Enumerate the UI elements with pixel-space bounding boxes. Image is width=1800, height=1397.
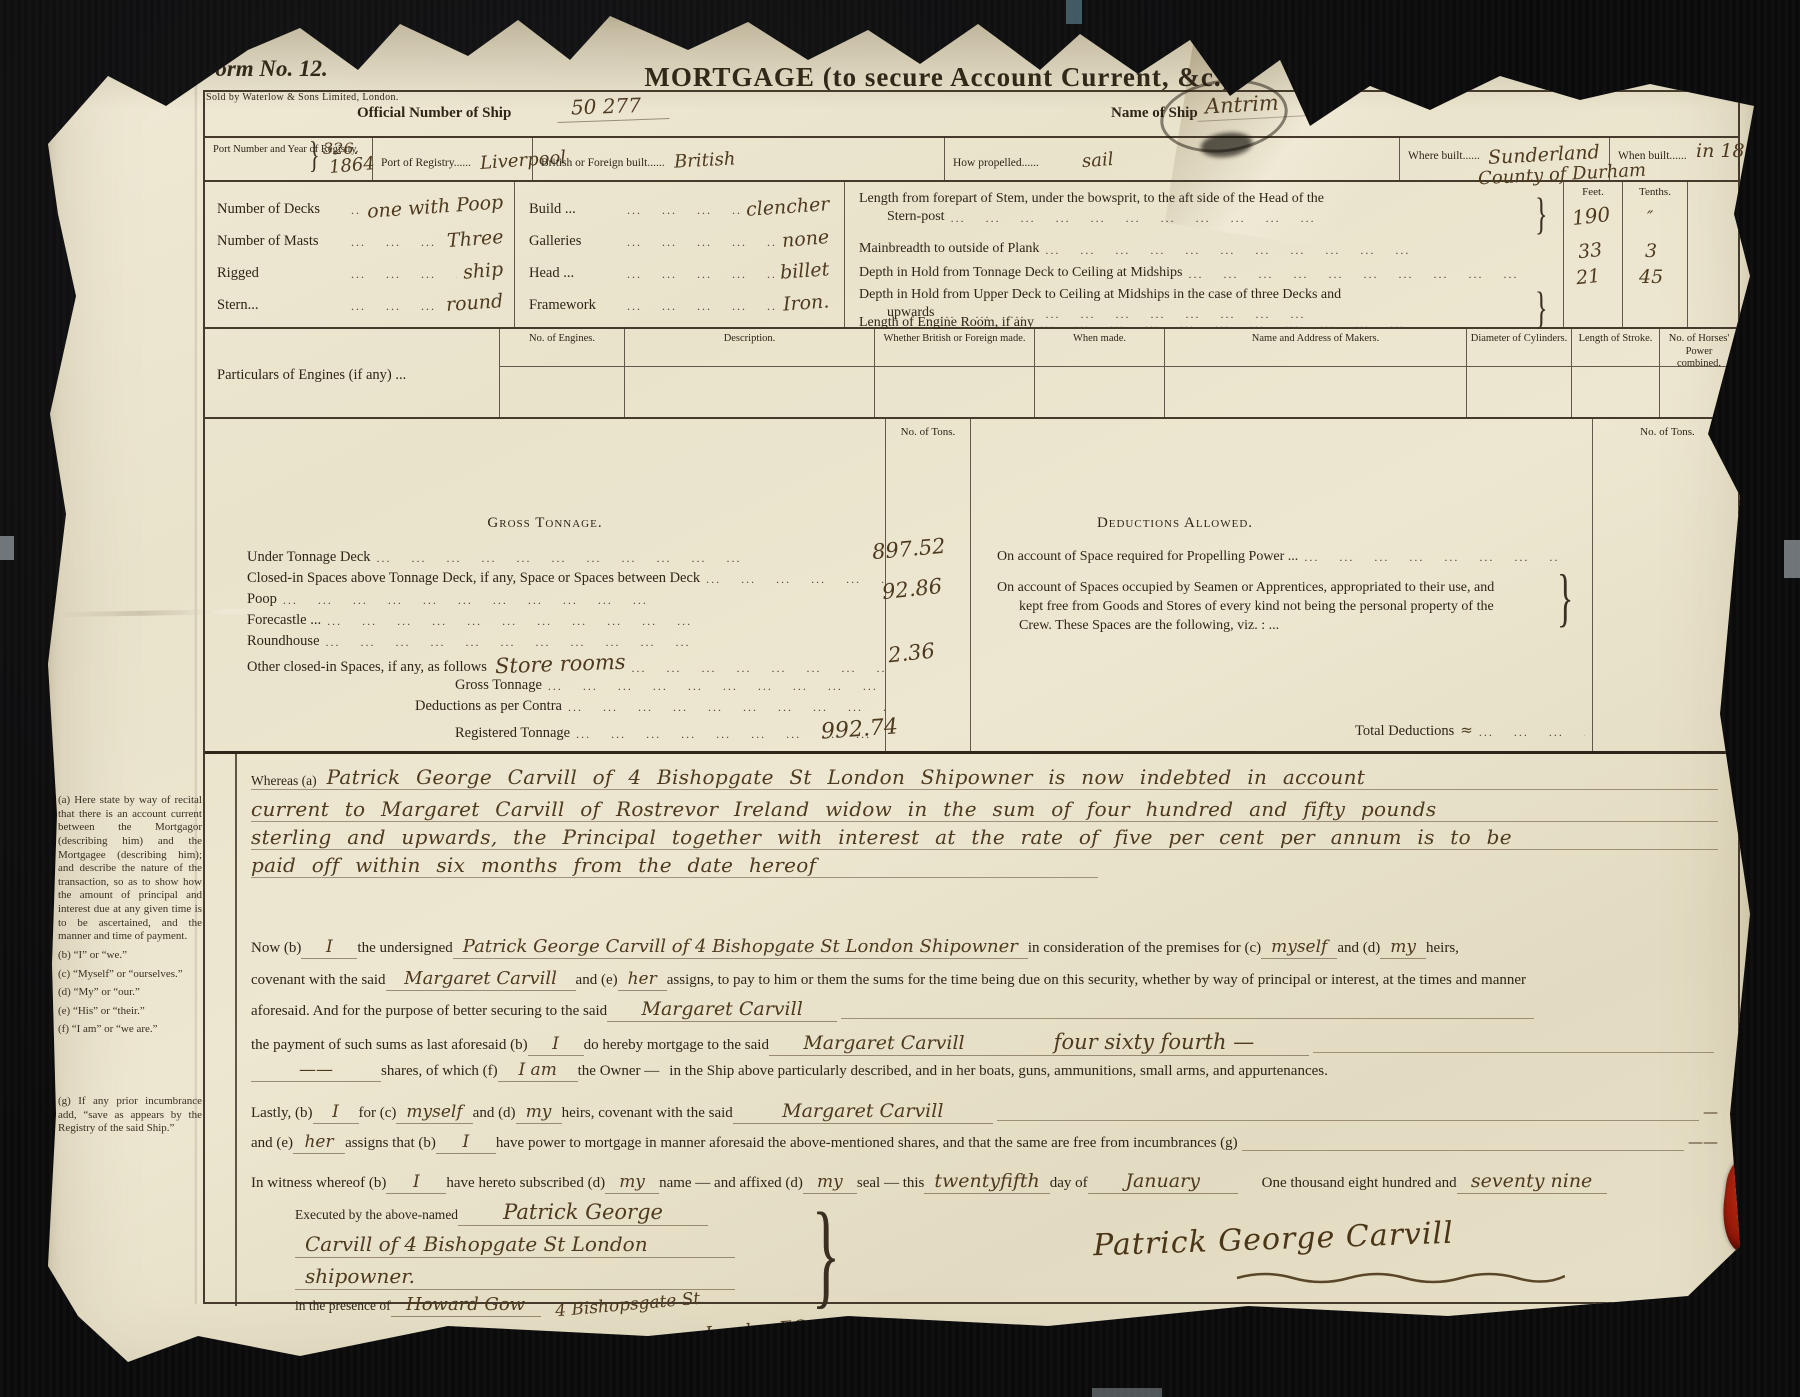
row-engines: Particulars of Engines (if any) ... No. …	[205, 329, 1738, 419]
row-official-number: Official Number of Ship 50 277 Name of S…	[205, 92, 1738, 138]
whereas-lead: Whereas (a)	[251, 773, 327, 789]
decks-label: Number of Decks	[217, 201, 345, 218]
dot-leader	[562, 700, 885, 715]
plate-number: (713 B)	[198, 40, 236, 51]
lastly-print: have power to mortgage in manner aforesa…	[496, 1135, 1238, 1152]
witness-hw-month: January	[1088, 1170, 1238, 1194]
cell-port-of-registry: Port of Registry...... Liverpool	[373, 138, 533, 180]
tonnage-row: Roundhouse	[247, 633, 885, 650]
witness-line: In witness whereof (b) I have hereto sub…	[251, 1170, 1718, 1194]
engines-row-label: Particulars of Engines (if any) ...	[205, 329, 500, 417]
executed-brace: }	[812, 1186, 841, 1321]
now-hw-my: my	[1380, 937, 1426, 959]
under-deck-label: Under Tonnage Deck	[247, 549, 371, 566]
tons-column-right: No. of Tons.	[1592, 419, 1742, 751]
witness-print: One thousand eight hundred and	[1238, 1175, 1457, 1192]
now-hw-myself: myself	[1261, 937, 1337, 959]
built-label: British or Foreign built......	[541, 157, 665, 169]
description-middle-column: Build ... clencher Galleries none Head .…	[515, 182, 845, 327]
lastly-hw-myself: myself	[396, 1102, 472, 1124]
executed-print: Executed by the above-named	[295, 1207, 458, 1223]
now-print: and (d)	[1337, 940, 1380, 957]
measurement-row-depth-tonnage: Depth in Hold from Tonnage Deck to Ceili…	[859, 264, 1535, 282]
tenths-header: Tenths.	[1623, 182, 1687, 198]
stern-label: Stern...	[217, 297, 345, 314]
document-paper: (713 B) Form No. 12. Sold by Waterlow & …	[48, 14, 1754, 1384]
executed-line-3: shipowner.	[295, 1264, 835, 1290]
poop-value: 92.86	[881, 574, 943, 604]
length-stem-label-2: Stern-post	[859, 208, 1519, 226]
executed-hw-occupation: shipowner.	[295, 1264, 735, 1290]
brace-glyph: }	[309, 133, 320, 177]
row-ship-description: Number of Decks one with Poop Number of …	[205, 182, 1738, 329]
under-deck-value: 897.52	[871, 534, 946, 564]
blank-rule	[1313, 1051, 1714, 1053]
lastly-hw-i: I	[436, 1132, 496, 1154]
margin-note-g: (g) If any prior incumbrance add, “save …	[58, 1095, 202, 1136]
engines-header: No. of Engines.	[500, 329, 624, 367]
row-covenant: Whereas (a) Patrick George Carvill of 4 …	[205, 754, 1738, 1306]
framework-label: Framework	[529, 297, 621, 314]
tonnage-row: Deductions as per Contra	[415, 698, 885, 715]
engines-col-makers: Name and Address of Makers.	[1165, 329, 1467, 417]
description-row: Galleries none	[529, 228, 829, 250]
feet-column: Feet. 190 33 21	[1563, 182, 1622, 327]
roundhouse-label: Roundhouse	[247, 633, 320, 650]
whereas-line-3: sterling and upwards, the Principal toge…	[251, 820, 1718, 850]
feet-value-1: 190	[1571, 202, 1611, 230]
brace-glyph: }	[1535, 186, 1547, 243]
build-value: clencher	[745, 193, 830, 221]
now-print: do hereby mortgage to the said	[584, 1037, 769, 1054]
engines-header: Length of Stroke.	[1572, 329, 1659, 367]
tenths-value-3: 45	[1639, 266, 1663, 288]
whereas-text-1: Patrick George Carvill of 4 Bishopgate S…	[327, 765, 1366, 789]
registered-tonnage-value: 992.74	[820, 714, 899, 744]
tonnage-row: Forecastle ...	[247, 612, 885, 629]
dot-leader	[945, 211, 1519, 227]
dot-leader	[1182, 267, 1535, 283]
now-print: the undersigned	[357, 940, 452, 957]
now-hw-name: Patrick George Carvill of 4 Bishopgate S…	[453, 936, 1028, 959]
engines-col-stroke: Length of Stroke.	[1572, 329, 1660, 417]
now-print: Now (b)	[251, 940, 301, 957]
propelled-label: How propelled......	[953, 157, 1039, 169]
now-hw-i: I	[301, 937, 357, 959]
lastly-hw-dash: —	[1703, 1103, 1718, 1121]
total-deductions-row: Total Deductions ≈	[1355, 721, 1585, 740]
margin-note-b: (b) “I” or “we.”	[58, 949, 202, 963]
now-print: assigns, to pay to him or them the sums …	[667, 972, 1526, 989]
tonnage-row: Poop	[247, 591, 885, 608]
engines-col-count: No. of Engines.	[500, 329, 625, 417]
engines-header: When made.	[1035, 329, 1164, 367]
propelled-value: sail	[1081, 149, 1114, 172]
whereas-text-3: sterling and upwards, the Principal toge…	[251, 825, 1512, 849]
gross-total-label: Gross Tonnage	[455, 677, 542, 694]
head-label: Head ...	[529, 265, 621, 282]
other-spaces-value: 2.36	[887, 639, 936, 668]
dot-leader	[1039, 243, 1535, 259]
dot-leader	[277, 593, 885, 608]
dot-leader	[371, 551, 885, 566]
lastly-hw-my: my	[516, 1102, 562, 1124]
total-deductions-label: Total Deductions	[1355, 723, 1454, 740]
port-of-registry-label: Port of Registry......	[381, 157, 471, 169]
executed-hw-name-2: Carvill of 4 Bishopgate St London	[295, 1232, 735, 1258]
now-hw-i: I	[528, 1034, 584, 1056]
now-line-3: aforesaid. And for the purpose of better…	[251, 998, 1718, 1022]
galleries-value: none	[781, 226, 830, 252]
rigged-value: ship	[462, 258, 504, 283]
dot-leader	[320, 635, 886, 650]
feet-value-2: 33	[1577, 239, 1603, 263]
depth-upper-label: Depth in Hold from Upper Deck to Ceiling…	[859, 287, 1341, 302]
where-built-label: Where built......	[1408, 150, 1480, 162]
tenths-value-2: 3	[1645, 240, 1657, 262]
engines-col-cylinders: Diameter of Cylinders.	[1467, 329, 1572, 417]
now-print: aforesaid. And for the purpose of better…	[251, 1003, 607, 1020]
cell-where-built: Where built...... Sunderland County of D…	[1400, 138, 1610, 180]
margin-note-d: (d) “My” or “our.”	[58, 986, 202, 1000]
masts-label: Number of Masts	[217, 233, 345, 250]
length-stem-label: Length from forepart of Stem, under the …	[859, 191, 1324, 206]
measurements-column: Length from forepart of Stem, under the …	[845, 182, 1738, 327]
tonnage-row: Gross Tonnage	[455, 677, 885, 694]
lastly-print: assigns that (b)	[345, 1135, 436, 1152]
deductions-title: Deductions Allowed.	[995, 515, 1355, 532]
now-line-5: —— shares, of which (f) I am the Owner —…	[251, 1060, 1718, 1082]
presence-print: in the presence of	[295, 1298, 391, 1314]
lastly-print: heirs, covenant with the said	[562, 1105, 733, 1122]
seamen-spaces-label-2: kept free from Goods and Stores of every…	[997, 599, 1494, 614]
margin-note-f: (f) “I am” or “we are.”	[58, 1023, 202, 1037]
document-title: MORTGAGE (to secure Account Current, &c.…	[468, 62, 1408, 93]
description-row: Stern... round	[217, 292, 503, 314]
forecastle-label: Forecastle ...	[247, 612, 321, 629]
brace-glyph: }	[1557, 564, 1573, 636]
edge-tick-left	[0, 536, 14, 560]
tonnage-row: Closed-in Spaces above Tonnage Deck, if …	[247, 570, 885, 587]
dot-leader	[345, 267, 457, 282]
now-print: in consideration of the premises for (c)	[1028, 940, 1261, 957]
whereas-line-2: current to Margaret Carvill of Rostrevor…	[251, 792, 1718, 822]
engines-col-description: Description.	[625, 329, 875, 417]
tenths-column: Tenths. ″ 3 45	[1622, 182, 1688, 327]
whereas-line-1: Whereas (a) Patrick George Carvill of 4 …	[251, 760, 1718, 790]
dot-leader	[621, 267, 774, 282]
row-registry: Port Number and Year of Registry. } 326.…	[205, 138, 1738, 182]
port-number-label: Port Number and Year of Registry.	[213, 143, 311, 156]
now-print: the Owner —	[578, 1063, 660, 1080]
now-line-2: covenant with the said Margaret Carvill …	[251, 968, 1718, 991]
propelling-power-label: On account of Space required for Propell…	[997, 549, 1298, 565]
cell-built: British or Foreign built...... British	[533, 138, 945, 180]
seamen-spaces-label-1: On account of Spaces occupied by Seamen …	[997, 580, 1494, 595]
engines-header: Diameter of Cylinders.	[1467, 329, 1571, 367]
stern-post-label: Stern-post	[887, 208, 945, 226]
lastly-hw-her: her	[293, 1132, 345, 1154]
description-row: Head ... billet	[529, 260, 829, 282]
tons-header-right: No. of Tons.	[1593, 419, 1742, 438]
now-hw-mortgagee: Margaret Carvill	[386, 968, 576, 991]
backdrop-sliver	[1066, 0, 1082, 24]
form-number: Form No. 12.	[200, 56, 328, 82]
edge-tick-right	[1784, 540, 1800, 578]
dot-leader	[700, 572, 885, 587]
now-print: heirs,	[1426, 940, 1459, 957]
now-line-1: Now (b) I the undersigned Patrick George…	[251, 936, 1718, 959]
witness-hw-i: I	[386, 1172, 446, 1194]
now-hw-her: her	[618, 969, 667, 991]
poop-label: Poop	[247, 591, 277, 608]
whereas-text-2: current to Margaret Carvill of Rostrevor…	[251, 797, 1436, 821]
deduction-row-2: On account of Spaces occupied by Seamen …	[997, 579, 1552, 636]
dot-leader	[1298, 550, 1557, 565]
tenths-value-1: ″	[1647, 208, 1653, 228]
printer-imprint: Sold by Waterlow & Sons Limited, London.	[206, 92, 399, 103]
edge-tick-bottom	[1092, 1388, 1162, 1397]
other-spaces-written: Store rooms	[494, 650, 625, 679]
engines-header: No. of Horses' Power combined.	[1660, 329, 1738, 367]
now-hw-mortgagee: Margaret Carvill	[769, 1032, 999, 1056]
mortgagor-signature: Patrick George Carvill	[1092, 1216, 1454, 1264]
dot-leader	[621, 203, 740, 218]
now-hw-shares-count: four sixty fourth —	[999, 1030, 1309, 1056]
registered-label: Registered Tonnage	[455, 725, 570, 742]
galleries-label: Galleries	[529, 233, 621, 250]
witness-print: have hereto subscribed (d)	[446, 1175, 605, 1192]
lastly-line-2: and (e) her assigns that (b) I have powe…	[251, 1132, 1718, 1154]
engines-header: Description.	[625, 329, 874, 367]
when-built-label: When built......	[1618, 150, 1687, 162]
official-number-value: 50 277	[557, 92, 670, 123]
witness-print: name — and affixed (d)	[659, 1175, 803, 1192]
lastly-hw-dash: ——	[1688, 1133, 1718, 1151]
witness-address-2: London EC	[704, 1317, 806, 1345]
row-tonnage: Gross Tonnage. Under Tonnage Deck Closed…	[205, 419, 1738, 754]
now-line-4: the payment of such sums as last aforesa…	[251, 1030, 1718, 1056]
blank-rule	[1242, 1149, 1684, 1151]
build-label: Build ...	[529, 201, 621, 218]
description-row: Framework Iron.	[529, 292, 829, 314]
now-hw-mortgagee: Margaret Carvill	[607, 998, 837, 1022]
engines-col-horsepower: No. of Horses' Power combined.	[1660, 329, 1738, 417]
now-hw-i-am: I am	[498, 1060, 578, 1082]
dot-leader	[621, 299, 777, 314]
closed-spaces-label: Closed-in Spaces above Tonnage Deck, if …	[247, 570, 700, 587]
witness-print: In witness whereof (b)	[251, 1175, 386, 1192]
description-row: Number of Decks one with Poop	[217, 196, 503, 218]
engines-col-origin: Whether British or Foreign made.	[875, 329, 1035, 417]
dot-leader	[345, 203, 361, 218]
rigged-label: Rigged	[217, 265, 345, 282]
dot-leader	[345, 235, 441, 250]
dot-leader	[625, 661, 885, 676]
whereas-line-4: paid off within six months from the date…	[251, 848, 1098, 878]
dot-leader	[621, 235, 776, 250]
contra-label: Deductions as per Contra	[415, 698, 562, 715]
witness-hw-my: my	[605, 1172, 659, 1194]
dot-leader	[345, 299, 440, 314]
stern-value: round	[445, 290, 504, 316]
dot-leader	[321, 614, 885, 629]
depth-tonnage-label: Depth in Hold from Tonnage Deck to Ceili…	[859, 264, 1182, 282]
executed-line-2: Carvill of 4 Bishopgate St London	[295, 1232, 835, 1258]
witness-address-1: 4 Bishopsgate St	[554, 1289, 701, 1322]
witness-signature: Howard Gow	[391, 1294, 541, 1317]
margin-notes: (a) Here state by way of recital that th…	[58, 794, 202, 1136]
lastly-print: for (c)	[359, 1105, 397, 1122]
tonnage-row: Other closed-in Spaces, if any, as follo…	[247, 652, 885, 676]
executed-line-4: in the presence of Howard Gow 4 Bishopsg…	[295, 1294, 835, 1317]
now-hw-dash: ——	[251, 1060, 381, 1082]
lastly-print: Lastly, (b)	[251, 1105, 313, 1122]
seamen-spaces-label-3: Crew. These Spaces are the following, vi…	[997, 618, 1279, 633]
tons-header-left: No. of Tons.	[886, 419, 970, 438]
masts-value: Three	[446, 226, 504, 252]
executed-line-1: Executed by the above-named Patrick Geor…	[295, 1200, 835, 1226]
tons-column-left: No. of Tons. 897.52 92.86 2.36	[885, 419, 971, 751]
witness-hw-year: seventy nine	[1457, 1170, 1607, 1194]
blank-rule	[841, 1017, 1534, 1019]
witness-print: day of	[1050, 1175, 1088, 1192]
witness-print: seal — this	[857, 1175, 925, 1192]
witness-hw-day: twentyfifth	[924, 1170, 1049, 1194]
when-built-value: in 1864	[1696, 140, 1769, 162]
blank-rule	[997, 1119, 1699, 1121]
measurement-row-mainbreadth: Mainbreadth to outside of Plank	[859, 240, 1535, 258]
cell-when-built: When built...... in 1864	[1610, 138, 1738, 180]
measurement-row-stem: Length from forepart of Stem, under the …	[859, 190, 1549, 226]
other-spaces-label: Other closed-in Spaces, if any, as follo…	[247, 659, 487, 676]
head-value: billet	[779, 258, 830, 283]
official-number-label: Official Number of Ship	[357, 105, 511, 122]
now-print: and (e)	[576, 972, 618, 989]
form-border-box: Official Number of Ship 50 277 Name of S…	[203, 90, 1740, 1304]
cell-port-number: Port Number and Year of Registry. } 326.…	[205, 138, 373, 180]
engines-col-when-made: When made.	[1035, 329, 1165, 417]
engines-header: Whether British or Foreign made.	[875, 329, 1034, 367]
gross-tonnage-title: Gross Tonnage.	[205, 515, 885, 532]
signature-flourish	[1235, 1268, 1565, 1286]
now-print: the payment of such sums as last aforesa…	[251, 1037, 528, 1054]
mainbreadth-label: Mainbreadth to outside of Plank	[859, 240, 1039, 258]
lastly-hw-i: I	[313, 1102, 359, 1124]
margin-note-a: (a) Here state by way of recital that th…	[58, 794, 202, 944]
total-deductions-mark: ≈	[1460, 721, 1473, 739]
lastly-line-1: Lastly, (b) I for (c) myself and (d) my …	[251, 1100, 1718, 1124]
cell-propelled: How propelled...... sail	[945, 138, 1400, 180]
now-print: in the Ship above particularly described…	[659, 1063, 1328, 1080]
now-print: covenant with the said	[251, 972, 386, 989]
executed-hw-name-1: Patrick George	[458, 1200, 708, 1226]
lastly-print: and (d)	[473, 1105, 516, 1122]
description-row: Number of Masts Three	[217, 228, 503, 250]
feet-value-3: 21	[1575, 265, 1601, 289]
dot-leader	[1473, 725, 1585, 740]
lastly-print: and (e)	[251, 1135, 293, 1152]
decks-value: one with Poop	[366, 191, 503, 222]
tonnage-row: Under Tonnage Deck	[247, 549, 885, 566]
now-print: shares, of which (f)	[381, 1063, 498, 1080]
description-row: Rigged ship	[217, 260, 503, 282]
built-value: British	[673, 148, 735, 172]
framework-value: Iron.	[782, 290, 830, 315]
description-left-column: Number of Decks one with Poop Number of …	[205, 182, 515, 327]
whereas-text-4: paid off within six months from the date…	[251, 853, 816, 877]
feet-header: Feet.	[1564, 182, 1622, 198]
registry-year-value: 1864	[328, 153, 375, 178]
lastly-hw-mortgagee: Margaret Carvill	[733, 1100, 993, 1124]
deduction-row-1: On account of Space required for Propell…	[997, 549, 1557, 565]
margin-note-e: (e) “His” or “their.”	[58, 1005, 202, 1019]
dot-leader	[542, 679, 885, 694]
margin-note-c: (c) “Myself” or “ourselves.”	[58, 968, 202, 982]
description-row: Build ... clencher	[529, 196, 829, 218]
engines-header: Name and Address of Makers.	[1165, 329, 1466, 367]
